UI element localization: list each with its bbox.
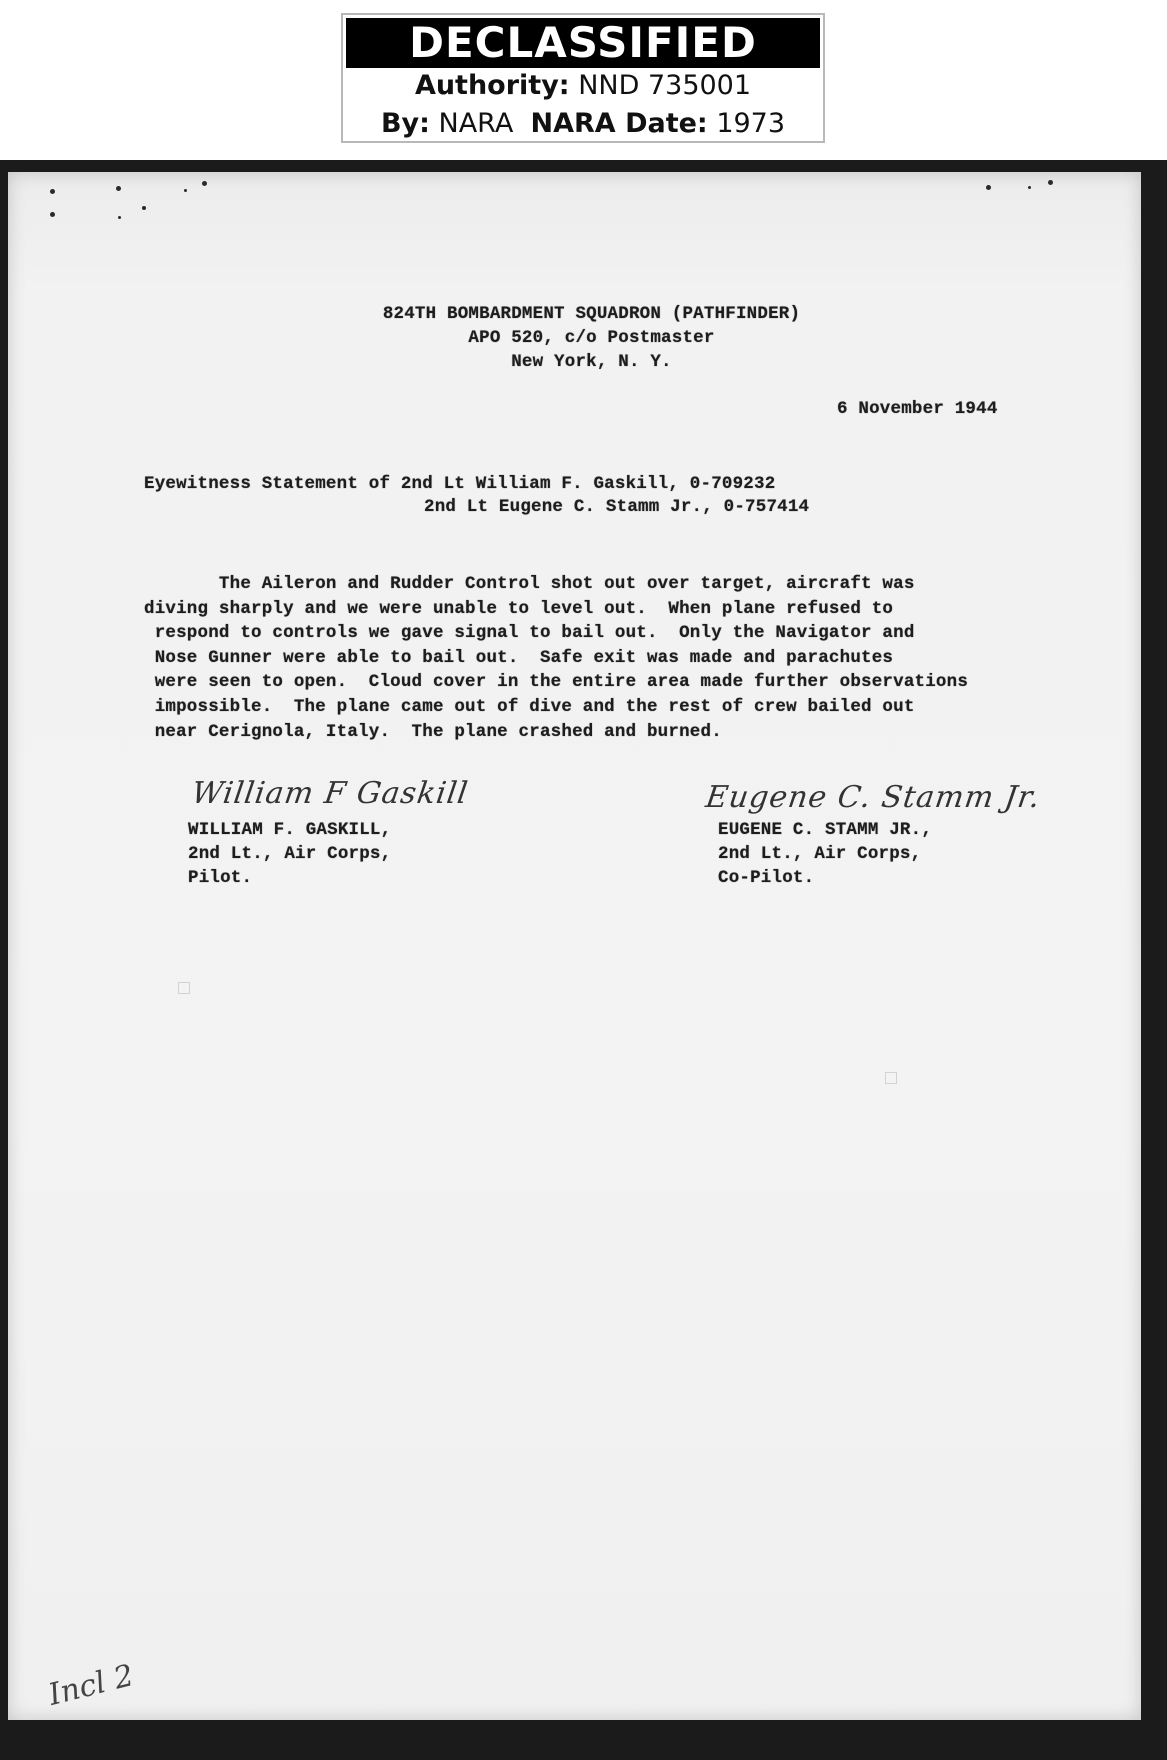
faint-mark bbox=[178, 982, 190, 994]
letterhead-apo: APO 520, c/o Postmaster bbox=[16, 326, 1167, 350]
signature-stamm: Eugene C. Stamm Jr. bbox=[704, 780, 1043, 815]
body-line: diving sharply and we were unable to lev… bbox=[144, 597, 968, 622]
signatory-rank: 2nd Lt., Air Corps, bbox=[188, 842, 391, 866]
stamp-authority: Authority: NND 735001 bbox=[343, 70, 823, 106]
letterhead: 824TH BOMBARDMENT SQUADRON (PATHFINDER) … bbox=[0, 302, 1167, 374]
signatory-gaskill: WILLIAM F. GASKILL, 2nd Lt., Air Corps, … bbox=[188, 818, 391, 890]
body-line: respond to controls we gave signal to ba… bbox=[144, 621, 968, 646]
stamp-authority-label: Authority: bbox=[415, 70, 570, 101]
stamp-by-value: NARA bbox=[439, 108, 514, 139]
hole-punch-speck bbox=[118, 216, 121, 219]
subject-line-2: 2nd Lt Eugene C. Stamm Jr., 0-757414 bbox=[424, 497, 809, 517]
signature-gaskill: William F Gaskill bbox=[190, 776, 471, 811]
signatory-stamm: EUGENE C. STAMM JR., 2nd Lt., Air Corps,… bbox=[718, 818, 932, 890]
hole-punch-speck bbox=[142, 206, 146, 210]
body-line: near Cerignola, Italy. The plane crashed… bbox=[144, 720, 968, 745]
body-line: The Aileron and Rudder Control shot out … bbox=[144, 572, 968, 597]
hole-punch-speck bbox=[50, 212, 55, 217]
hole-punch-speck bbox=[202, 181, 207, 186]
hole-punch-speck bbox=[986, 185, 991, 190]
stamp-authority-value: NND 735001 bbox=[578, 70, 751, 101]
declassified-stamp: DECLASSIFIED Authority: NND 735001 By: N… bbox=[341, 13, 825, 143]
stamp-title: DECLASSIFIED bbox=[346, 18, 820, 68]
body-line: Nose Gunner were able to bail out. Safe … bbox=[144, 646, 968, 671]
subject-line-1: Eyewitness Statement of 2nd Lt William F… bbox=[144, 474, 775, 494]
hole-punch-speck bbox=[116, 186, 121, 191]
stamp-by-date: By: NARA NARA Date: 1973 bbox=[343, 108, 823, 144]
signatory-role: Co-Pilot. bbox=[718, 866, 932, 890]
stamp-date-value: 1973 bbox=[716, 108, 785, 139]
body-line: were seen to open. Cloud cover in the en… bbox=[144, 670, 968, 695]
signatory-name: EUGENE C. STAMM JR., bbox=[718, 818, 932, 842]
signatory-name: WILLIAM F. GASKILL, bbox=[188, 818, 391, 842]
hole-punch-speck bbox=[1028, 186, 1031, 189]
body-line: impossible. The plane came out of dive a… bbox=[144, 695, 968, 720]
hole-punch-speck bbox=[184, 189, 187, 192]
signatory-role: Pilot. bbox=[188, 866, 391, 890]
stamp-by-label: By: bbox=[381, 108, 430, 139]
letterhead-city: New York, N. Y. bbox=[16, 350, 1167, 374]
stamp-date-label: NARA Date: bbox=[531, 108, 708, 139]
signatory-rank: 2nd Lt., Air Corps, bbox=[718, 842, 932, 866]
faint-mark bbox=[885, 1072, 897, 1084]
hole-punch-speck bbox=[1048, 180, 1053, 185]
statement-body: The Aileron and Rudder Control shot out … bbox=[144, 572, 968, 744]
letterhead-unit: 824TH BOMBARDMENT SQUADRON (PATHFINDER) bbox=[16, 302, 1167, 326]
document-date: 6 November 1944 bbox=[837, 399, 998, 419]
hole-punch-speck bbox=[50, 189, 55, 194]
